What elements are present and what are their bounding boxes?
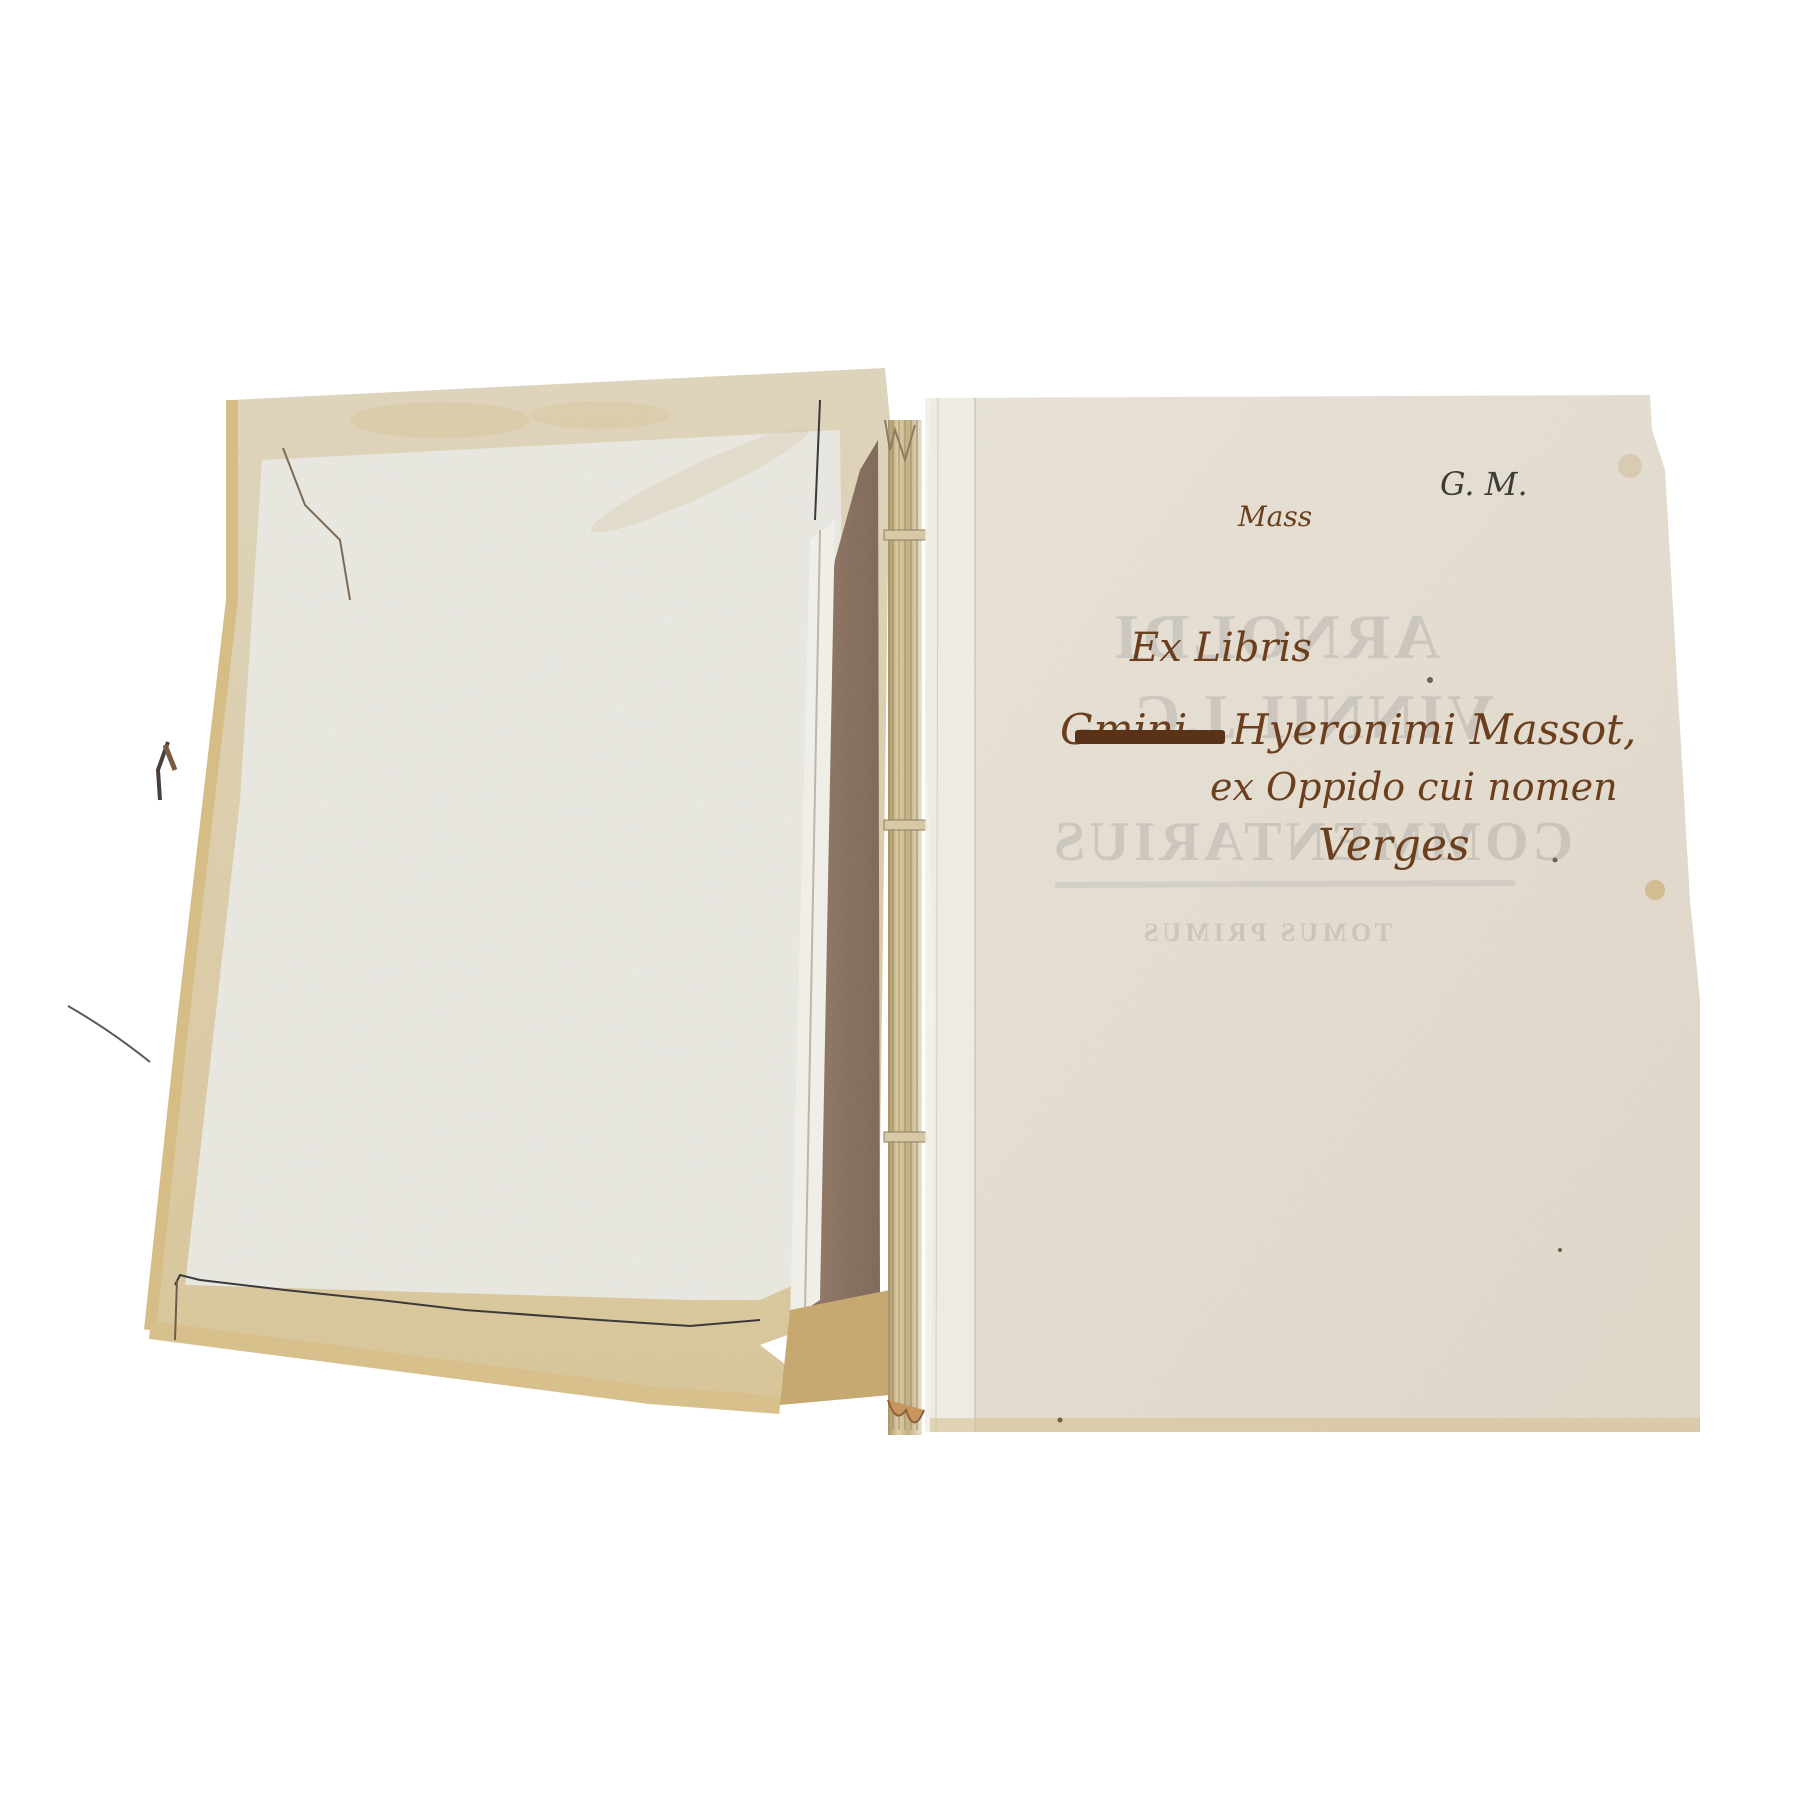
inscription-name: Hyeronimi Massot, bbox=[1232, 705, 1636, 754]
left-cover-board bbox=[68, 368, 890, 1405]
pencil-mark-mass: Mass bbox=[1238, 500, 1312, 533]
open-book-illustration bbox=[0, 0, 1800, 1800]
show-through-line-4: TOMUS PRIMUS bbox=[1140, 918, 1392, 948]
inscription-ex-libris: Ex Libris bbox=[1130, 625, 1312, 671]
spine-edge bbox=[884, 420, 926, 1435]
right-endpaper bbox=[925, 395, 1700, 1432]
book-photo-scene: ARNOLDI VINNII J.C. COMMENTARIUS TOMUS P… bbox=[0, 0, 1800, 1800]
show-through-line-3: COMMENTARIUS bbox=[1050, 810, 1573, 874]
strike-through-bar bbox=[1075, 730, 1225, 744]
inscription-origin: ex Oppido cui nomen bbox=[1210, 765, 1618, 809]
pencil-mark-initials: G. M. bbox=[1440, 465, 1528, 503]
inscription-town: Verges bbox=[1318, 820, 1470, 871]
